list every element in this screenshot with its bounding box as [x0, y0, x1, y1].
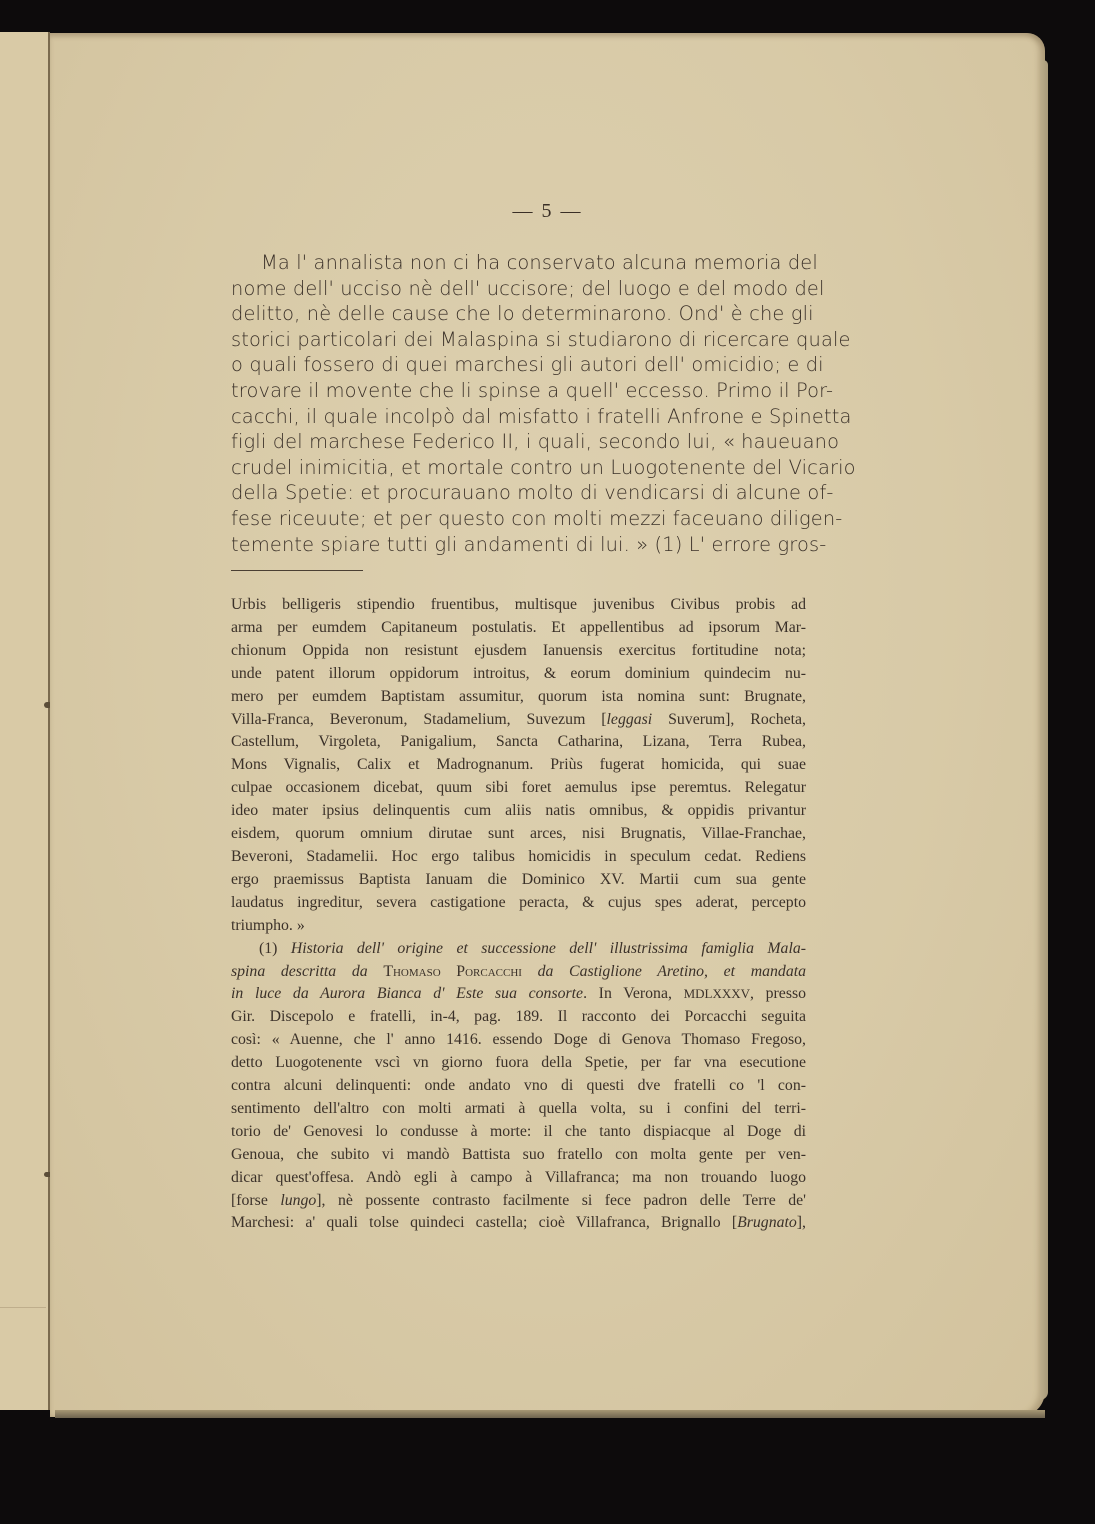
body-line: storici particolari dei Malaspina si stu…	[231, 327, 806, 353]
footnote-line: triumpho. »	[231, 915, 806, 938]
footnote-1-line: in luce da Aurora Bianca d' Este sua con…	[231, 983, 806, 1006]
book-title: Historia dell' origine et successione de…	[291, 940, 806, 957]
footnote-1-line: [forse lungo], nè possente contrasto fac…	[231, 1190, 806, 1213]
body-line: crudel inimicitia, et mortale contro un …	[231, 455, 806, 481]
footnote-italic: Brugnato	[737, 1214, 797, 1231]
body-line: o quali fossero di quei marchesi gli aut…	[231, 352, 806, 378]
facing-page-edge	[0, 32, 50, 1410]
footnote-1-line: Genoua, che subito vi mandò Battista suo…	[231, 1144, 806, 1167]
footnote-italic: lungo	[280, 1192, 316, 1209]
footnote-marker: (1)	[259, 940, 277, 957]
footnotes: Urbis belligeris stipendio fruentibus, m…	[231, 594, 806, 1235]
footnote-line: eisdem, quorum omnium dirutae sunt arces…	[231, 823, 806, 846]
footnote-line: Castellum, Virgoleta, Panigalium, Sancta…	[231, 731, 806, 754]
publication-info: . In Verona,	[583, 985, 684, 1002]
footnote-1-line: così: « Auenne, che l' anno 1416. essend…	[231, 1029, 806, 1052]
footnote-text: ],	[797, 1214, 806, 1231]
footnote-1-line: dicar quest'offesa. Andò egli à campo à …	[231, 1167, 806, 1190]
footnote-line: ergo praemissus Baptista Ianuam die Domi…	[231, 869, 806, 892]
body-line: Ma l' annalista non ci ha conservato alc…	[231, 250, 806, 276]
footnote-1-line: Marchesi: a' quali tolse quindeci castel…	[231, 1212, 806, 1235]
body-line: nome dell' ucciso nè dell' uccisore; del…	[231, 276, 806, 302]
book-title: da Castiglione Aretino, et mandata	[538, 963, 806, 980]
book-title: spina descritta da	[231, 963, 368, 980]
publication-year: MDLXXXV	[684, 986, 750, 1001]
author-name: Thomaso Porcacchi	[383, 963, 522, 980]
footnote-line: laudatus ingreditur, severa castigatione…	[231, 892, 806, 915]
book-title: in luce da Aurora Bianca d' Este sua con…	[231, 985, 583, 1002]
footnote-line: culpae occasionem dicebat, quum sibi for…	[231, 777, 806, 800]
footnote-1-line: spina descritta da Thomaso Porcacchi da …	[231, 961, 806, 984]
body-line: figli del marchese Federico II, i quali,…	[231, 429, 806, 455]
body-line: delitto, nè delle cause che lo determina…	[231, 301, 806, 327]
body-line: fese riceuute; et per questo con molti m…	[231, 506, 806, 532]
footnote-text: ], nè possente contrasto facilmente si f…	[316, 1192, 806, 1209]
facing-page-line	[0, 1307, 46, 1308]
page-number: — 5 —	[0, 200, 1095, 223]
footnote-line: ideo mater ipsius delinquentis cum aliis…	[231, 800, 806, 823]
footnote-1-line: contra alcuni delinquenti: onde andato v…	[231, 1075, 806, 1098]
footnote-1-line: Gir. Discepolo e fratelli, in-4, pag. 18…	[231, 1006, 806, 1029]
footnote-text: Villa-Franca, Beveronum, Stadamelium, Su…	[231, 711, 607, 728]
footnote-line: chionum Oppida non resistunt ejusdem Ian…	[231, 640, 806, 663]
footnote-line: Beveroni, Stadamelii. Hoc ergo talibus h…	[231, 846, 806, 869]
page-edge-bottom	[55, 1410, 1045, 1418]
footnote-line: Villa-Franca, Beveronum, Stadamelium, Su…	[231, 709, 806, 732]
main-paragraph: Ma l' annalista non ci ha conservato alc…	[231, 250, 806, 557]
body-line: temente spiare tutti gli andamenti di lu…	[231, 532, 806, 558]
footnote-text: Suverum], Rocheta,	[652, 711, 806, 728]
body-line: cacchi, il quale incolpò dal misfatto i …	[231, 404, 806, 430]
page-edge-right	[1040, 60, 1048, 1400]
footnote-1-line: (1) Historia dell' origine et succession…	[231, 938, 806, 961]
footnote-1-line: detto Luogotenente vscì vn giorno fuora …	[231, 1052, 806, 1075]
footnote-1-line: sentimento dell'altro con molti armati à…	[231, 1098, 806, 1121]
footnote-text: [forse	[231, 1192, 280, 1209]
footnote-separator	[231, 570, 363, 571]
footnote-line: arma per eumdem Capitaneum postulatis. E…	[231, 617, 806, 640]
publication-info: , presso	[750, 985, 806, 1002]
footnote-line: Mons Vignalis, Calix et Madrognanum. Pri…	[231, 754, 806, 777]
body-line: trovare il movente che li spinse a quell…	[231, 378, 806, 404]
footnote-line: Urbis belligeris stipendio fruentibus, m…	[231, 594, 806, 617]
footnote-line: mero per eumdem Baptistam assumitur, quo…	[231, 686, 806, 709]
body-line: della Spetie: et procurauano molto di ve…	[231, 480, 806, 506]
footnote-line: unde patent illorum oppidorum introitus,…	[231, 663, 806, 686]
footnote-text: Marchesi: a' quali tolse quindeci castel…	[231, 1214, 737, 1231]
footnote-italic: leggasi	[607, 711, 653, 728]
footnote-1-line: torio de' Genovesi lo condusse à morte: …	[231, 1121, 806, 1144]
